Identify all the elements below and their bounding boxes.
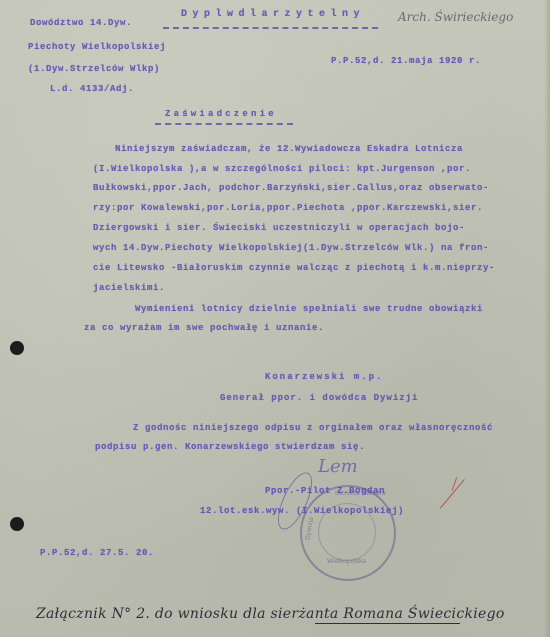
footer-reference: P.P.52,d. 27.5. 20. xyxy=(40,548,154,558)
body-line-4: rzy:por Kowalewski,por.Loria,ppor.Piecho… xyxy=(93,203,483,213)
body-line-5: Dziergowski i sier. Świeciski uczestnicz… xyxy=(93,223,465,233)
stamp-text-bottom: Wielkopolska xyxy=(327,558,366,565)
body-line-2: (I.Wielkopolska ),a w szczególności pilo… xyxy=(93,164,471,174)
top-title-underline xyxy=(163,27,378,29)
body-line-9: Wymienieni lotnicy dzielnie spełniali sw… xyxy=(135,304,483,314)
paper-edge xyxy=(544,0,550,637)
top-title: Dyplwdlarzytelny xyxy=(181,9,365,20)
document-heading: Zaświadczenie xyxy=(165,109,277,119)
place-date: P.P.52,d. 21.maja 1920 r. xyxy=(331,56,481,66)
commander-signature-title: Generał ppor. i dowódca Dywizji xyxy=(220,393,418,403)
red-pencil-mark xyxy=(440,479,465,509)
certifier-name: Ppor.-Pilot Z.Bogdan xyxy=(265,486,385,496)
certification-line-2: podpisu p.gen. Konarzewskiego stwierdzam… xyxy=(95,442,365,452)
handwritten-top-note: Arch. Świrieckiego xyxy=(398,10,513,24)
punch-hole-bottom xyxy=(10,517,24,531)
body-line-3: Bułkowski,ppor.Jach, podchor.Barzyński,s… xyxy=(93,183,489,193)
footer-note-prefix: Załącznik N° 2. do wniosku dla sierżanta xyxy=(36,606,339,622)
header-unit-line-3: (1.Dyw.Strzelców Wlkp) xyxy=(28,64,160,74)
body-line-7: cie Litewsko -Białoruskim czynnie walczą… xyxy=(93,263,495,273)
header-unit-line-2: Piechoty Wielkopolskiej xyxy=(28,42,166,52)
footer-note-name: Romana Świecickiego xyxy=(343,606,504,622)
handwritten-initials: Lem xyxy=(318,456,358,477)
footer-handwritten-note: Załącznik N° 2. do wniosku dla sierżanta… xyxy=(36,606,505,622)
heading-underline xyxy=(155,123,293,125)
body-line-10: za co wyrażam im swe pochwałę i uznanie. xyxy=(84,323,324,333)
header-reference-number: L.d. 4133/Adj. xyxy=(50,84,134,94)
header-unit-line-1: Dowództwo 14.Dyw. xyxy=(30,18,132,28)
commander-signature-name: Konarzewski m.p. xyxy=(265,372,383,382)
body-line-6: wych 14.Dyw.Piechoty Wielkopolskiej(1.Dy… xyxy=(93,243,489,253)
punch-hole-top xyxy=(10,341,24,355)
footer-name-underline xyxy=(315,623,460,624)
certifier-unit: 12.lot.esk.wyw. (I.Wielkopolskiej) xyxy=(200,506,404,516)
scanned-document-page: Dowództwo 14.Dyw. Piechoty Wielkopolskie… xyxy=(0,0,550,637)
body-line-1: Niniejszym zaświadczam, że 12.Wywiadowcz… xyxy=(115,144,463,154)
body-line-8: jacielskimi. xyxy=(93,283,165,293)
certification-line-1: Z godnośc niniejszego odpisu z orginałem… xyxy=(133,423,493,433)
